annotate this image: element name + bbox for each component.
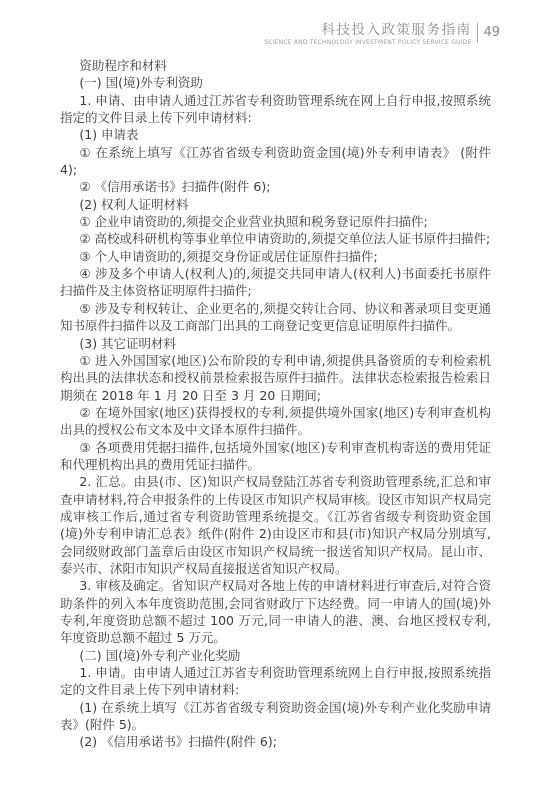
heading-section-two: (二) 国(境)外专利产业化奖励 (60, 647, 491, 664)
item-other-proof-2: ② 在境外国家(地区)获得授权的专利,须提供境外国家(地区)专利审查机构出具的授… (60, 404, 491, 439)
header-divider (477, 23, 478, 43)
item-application-form-1: ① 在系统上填写《江苏省省级专利资助资金国(境)外专利申请表》 (附件 4); (60, 144, 491, 179)
item-other-proof-3: ③ 各项费用凭据扫描件,包括境外国家(地区)专利审查机构寄送的费用凭证和代理机构… (60, 439, 491, 474)
page-header: 科技投入政策服务指南 SCIENCE AND TECHNOLOGY INVEST… (264, 23, 500, 46)
item-rightholder-3: ③ 个人申请资助的,须提交身份证或居住证原件扫描件; (60, 248, 491, 265)
para-s2-apply: 1. 申请。由申请人通过江苏省专利资助管理系统网上自行申报,按照系统指定的文件目… (60, 664, 491, 699)
document-body: 资助程序和材料 (一) 国(境)外专利资助 1. 申请、由申请人通过江苏省专利资… (60, 57, 491, 751)
para-s1-apply: 1. 申请、由申请人通过江苏省专利资助管理系统在网上自行申报,按照系统指定的文件… (60, 92, 491, 127)
para-s1-summary: 2. 汇总。由县(市、区)知识产权局登陆江苏省专利资助管理系统,汇总和审查申请材… (60, 473, 491, 577)
subheading-rightholder-proof: (2) 权利人证明材料 (60, 196, 491, 213)
page-number: 49 (483, 23, 500, 43)
item-s2-credit-letter: (2) 《信用承诺书》扫描件(附件 6); (60, 733, 491, 750)
item-other-proof-1: ① 进入外国国家(地区)公布阶段的专利申请,须提供具备资质的专利检索机构出具的法… (60, 352, 491, 404)
guide-title: 科技投入政策服务指南 (264, 23, 471, 38)
document-page: 科技投入政策服务指南 SCIENCE AND TECHNOLOGY INVEST… (0, 0, 536, 793)
header-title-block: 科技投入政策服务指南 SCIENCE AND TECHNOLOGY INVEST… (264, 23, 471, 46)
guide-title-english: SCIENCE AND TECHNOLOGY INVESTMENT POLICY… (264, 39, 471, 46)
item-rightholder-4: ④ 涉及多个申请人(权利人)的,须提交共同申请人(权利人)书面委托书原件扫描件及… (60, 265, 491, 300)
item-s2-form: (1) 在系统上填写《江苏省省级专利资助资金国(境)外专利产业化奖励申请表》(附… (60, 699, 491, 734)
heading-section-one: (一) 国(境)外专利资助 (60, 74, 491, 91)
subheading-application-form: (1) 申请表 (60, 126, 491, 143)
heading-procedures: 资助程序和材料 (60, 57, 491, 74)
item-rightholder-1: ① 企业申请资助的,须提交企业营业执照和税务登记原件扫描件; (60, 213, 491, 230)
item-rightholder-5: ⑤ 涉及专利权转让、企业更名的,须提交转让合同、协议和著录项目变更通知书原件扫描… (60, 300, 491, 335)
item-application-form-2: ② 《信用承诺书》扫描件(附件 6); (60, 178, 491, 195)
subheading-other-proof: (3) 其它证明材料 (60, 335, 491, 352)
item-rightholder-2: ② 高校或科研机构等事业单位申请资助的,须提交单位法人证书原件扫描件; (60, 230, 491, 247)
para-s1-review: 3. 审核及确定。省知识产权局对各地上传的申请材料进行审查后,对符合资助条件的列… (60, 577, 491, 646)
